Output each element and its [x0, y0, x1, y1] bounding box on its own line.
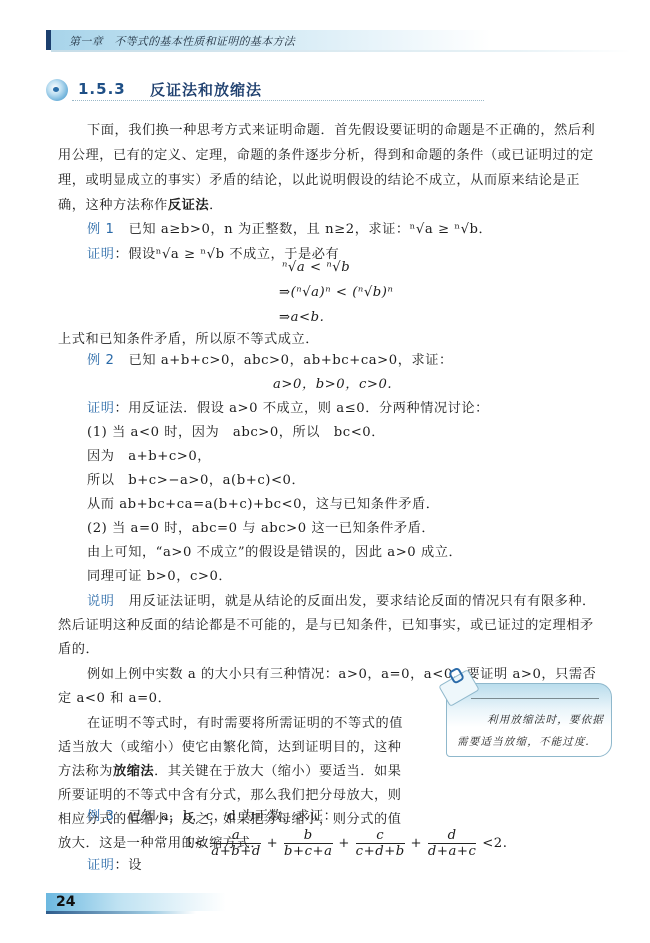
intro-line-2: 用公理，已有的定义、定理，命题的条件逐步分析，得到和命题的条件（或已证明过的定: [58, 147, 594, 165]
scaling-line-1: 在证明不等式时，有时需要将所需证明的不等式的值: [87, 715, 403, 733]
proof-2-line-7: 由上可知，“a>0 不成立”的假设是错误的，因此 a>0 成立．: [87, 544, 462, 562]
proof-1-step-3: ⇒a<b.: [279, 309, 324, 327]
term-proof-by-contradiction: 反证法: [168, 198, 209, 213]
term-scaling-method: 放缩法: [113, 764, 154, 779]
page-number: 24: [56, 894, 75, 910]
proof-2-line-1: 证明：用反证法．假设 a>0 不成立，则 a≤0．分两种情况讨论：: [87, 400, 489, 418]
proof-3-label: 证明: [87, 858, 114, 873]
example-2-text: 已知 a+b+c>0，abc>0，ab+bc+ca>0，求证：: [129, 353, 453, 368]
scaling-line-3-prefix: 方法称为: [58, 764, 113, 779]
example-text-line-2: 定 a<0 和 a=0．: [58, 690, 171, 708]
proof-2-line-2: (1) 当 a<0 时，因为 abc>0，所以 bc<0．: [87, 424, 385, 442]
tip-line-2: 需要适当放缩，不能过度.: [457, 734, 590, 749]
proof-3-text: ：设: [114, 858, 141, 873]
intro-line-4-prefix: 确，这种方法称作: [58, 198, 168, 213]
tip-divider: [471, 698, 599, 699]
proof-1-step-2: ⇒(ⁿ√a)ⁿ < (ⁿ√b)ⁿ: [279, 284, 393, 302]
proof-1-conclusion: 上式和已知条件矛盾，所以原不等式成立．: [58, 331, 319, 349]
chapter-header-bar: 第一章 不等式的基本性质和证明的基本方法: [46, 30, 491, 50]
intro-line-3: 理，或明显成立的事实）矛盾的结论，以此说明假设的结论不成立，从而原来结论是正: [58, 172, 580, 190]
plus-sign: +: [267, 836, 279, 851]
proof-2-line-3: 因为 a+b+c>0，: [87, 448, 211, 466]
proof-1-label: 证明: [87, 247, 114, 262]
section-divider: [72, 100, 484, 102]
proof-2-text: ：用反证法．假设 a>0 不成立，则 a≤0．分两种情况讨论：: [114, 401, 488, 416]
note-text: 用反证法证明，就是从结论的反面出发，要求结论反面的情况只有有限多种．: [129, 594, 596, 609]
proof-2-line-8: 同理可证 b>0，c>0．: [87, 568, 232, 586]
example-3-text: 已知 a，b，c，d 为正数，求证：: [129, 809, 338, 824]
intro-line-1: 下面，我们换一种思考方式来证明命题．首先假设要证明的命题是不正确的，然后利: [87, 122, 595, 140]
example-1-label: 例 1: [87, 222, 114, 237]
tip-line-1: 利用放缩法时，要依据: [487, 712, 604, 727]
scaling-line-4: 所要证明的不等式中含有分式，那么我们把分母放大，则: [58, 787, 401, 805]
scaling-line-3: 方法称为放缩法．其关键在于放大（缩小）要适当．如果: [58, 763, 401, 781]
note-line-2: 然后证明这种反面的结论都是不可能的，是与已知条件，已知事实，或已证过的定理相矛: [58, 617, 594, 635]
formula-right: <2.: [482, 836, 507, 851]
proof-2-line-6: (2) 当 a=0 时，abc=0 与 abc>0 这一已知条件矛盾．: [87, 520, 435, 538]
note-line-1: 说明 用反证法证明，就是从结论的反面出发，要求结论反面的情况只有有限多种．: [87, 593, 596, 611]
formula-left: 1<: [185, 836, 206, 851]
proof-2-line-5: 从而 ab+bc+ca=a(b+c)+bc<0，这与已知条件矛盾．: [87, 496, 439, 514]
example-3-label: 例 3: [87, 809, 114, 824]
footer-bar: 24: [46, 893, 226, 911]
example-3-formula: 1< aa+b+d + bb+c+a + cc+d+b + dd+a+c <2.: [185, 828, 508, 860]
fraction-1: aa+b+d: [211, 828, 261, 859]
scaling-line-3-suffix: ．其关键在于放大（缩小）要适当．如果: [154, 764, 401, 779]
fraction-4: dd+a+c: [428, 828, 477, 859]
example-2: 例 2 已知 a+b+c>0，abc>0，ab+bc+ca>0，求证：: [87, 352, 453, 370]
section-title: 反证法和放缩法: [150, 79, 262, 100]
plus-sign: +: [411, 836, 423, 851]
example-2-label: 例 2: [87, 353, 114, 368]
section-number: 1.5.3: [78, 80, 126, 98]
chapter-title: 第一章 不等式的基本性质和证明的基本方法: [69, 33, 295, 49]
proof-2-label: 证明: [87, 401, 114, 416]
example-2-goal: a>0，b>0，c>0.: [273, 376, 392, 394]
proof-3: 证明：设: [87, 857, 142, 875]
intro-line-4: 确，这种方法称作反证法．: [58, 197, 223, 215]
section-bullet-icon: [46, 79, 68, 101]
proof-2-line-4: 所以 b+c>−a>0，a(b+c)<0．: [87, 472, 305, 490]
fraction-3: cc+d+b: [356, 828, 405, 859]
note-line-3: 盾的．: [58, 641, 99, 659]
proof-1-step-1: ⁿ√a < ⁿ√b: [282, 259, 350, 277]
example-3-main: 例 3 已知 a，b，c，d 为正数，求证：: [87, 808, 337, 826]
tip-box: 利用放缩法时，要依据 需要适当放缩，不能过度.: [440, 668, 630, 758]
fraction-2: bb+c+a: [284, 828, 333, 859]
example-1: 例 1 已知 a≥b>0，n 为正整数，且 n≥2，求证：ⁿ√a ≥ ⁿ√b．: [87, 221, 492, 239]
scaling-line-2: 适当放大（或缩小）使它由繁化简，达到证明目的，这种: [58, 739, 401, 757]
example-1-text: 已知 a≥b>0，n 为正整数，且 n≥2，求证：ⁿ√a ≥ ⁿ√b．: [129, 222, 493, 237]
note-label: 说明: [87, 594, 114, 609]
intro-line-4-suffix: ．: [209, 198, 223, 213]
plus-sign: +: [338, 836, 350, 851]
